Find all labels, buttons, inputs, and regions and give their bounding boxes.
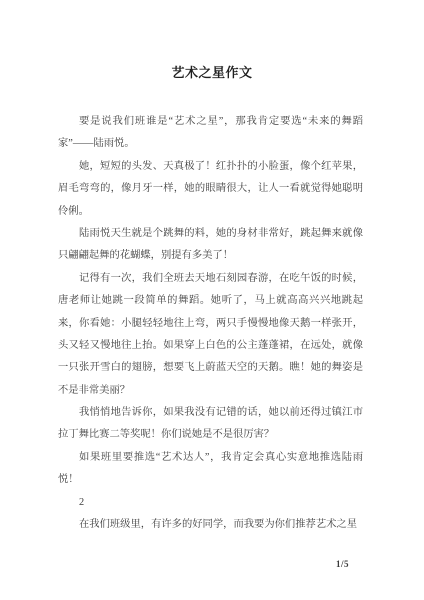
text-line: 陆雨悦天生就是个跳舞的料，她的身材非常好，跳起舞来就像 bbox=[58, 223, 363, 245]
document-body: 要是说我们班谁是“艺术之星”，那我肯定要选“未来的舞蹈家”——陆雨悦。她，短短的… bbox=[58, 111, 363, 536]
page-title: 艺术之星作文 bbox=[0, 62, 424, 81]
text-line: 她，短短的头发、天真极了！红扑扑的小脸蛋，像个红苹果， bbox=[58, 156, 363, 178]
text-line: 一只张开雪白的翅膀，想要飞上蔚蓝天空的天鹅。瞧！她的舞姿是 bbox=[58, 357, 363, 379]
text-line: 眉毛弯弯的，像月牙一样，她的眼睛很大，让人一看就觉得她聪明 bbox=[58, 178, 363, 200]
text-line: 记得有一次，我们全班去天地石刻园春游，在吃午饭的时候， bbox=[58, 268, 363, 290]
text-line: 伶俐。 bbox=[58, 201, 363, 223]
text-line: 头又轻又慢地往上抬。如果穿上白色的公主蓬蓬裙，在远处，就像 bbox=[58, 335, 363, 357]
document-page: 艺术之星作文 要是说我们班谁是“艺术之星”，那我肯定要选“未来的舞蹈家”——陆雨… bbox=[0, 0, 424, 600]
page-number: 1/5 bbox=[336, 559, 349, 569]
text-line: 不是非常美丽？ bbox=[58, 380, 363, 402]
text-line: 在我们班级里，有许多的好同学，而我要为你们推荐艺术之星 bbox=[58, 514, 363, 536]
text-line: 拉丁舞比赛二等奖呢！你们说她是不是很厉害？ bbox=[58, 424, 363, 446]
text-line: 要是说我们班谁是“艺术之星”，那我肯定要选“未来的舞蹈 bbox=[58, 111, 363, 133]
text-line: 唐老师让她跳一段简单的舞蹈。她听了，马上就高高兴兴地跳起 bbox=[58, 290, 363, 312]
text-line: 2 bbox=[58, 492, 363, 514]
text-line: 我悄悄地告诉你，如果我没有记错的话，她以前还得过镇江市 bbox=[58, 402, 363, 424]
text-line: 如果班里要推选“艺术达人”，我肯定会真心实意地推选陆雨 bbox=[58, 447, 363, 469]
text-line: 家”——陆雨悦。 bbox=[58, 133, 363, 155]
text-line: 只翩翩起舞的花蝴蝶，别提有多美了！ bbox=[58, 245, 363, 267]
text-line: 悦！ bbox=[58, 469, 363, 491]
text-line: 来，你看她：小腿轻轻地往上弯，两只手慢慢地像天鹅一样张开， bbox=[58, 313, 363, 335]
